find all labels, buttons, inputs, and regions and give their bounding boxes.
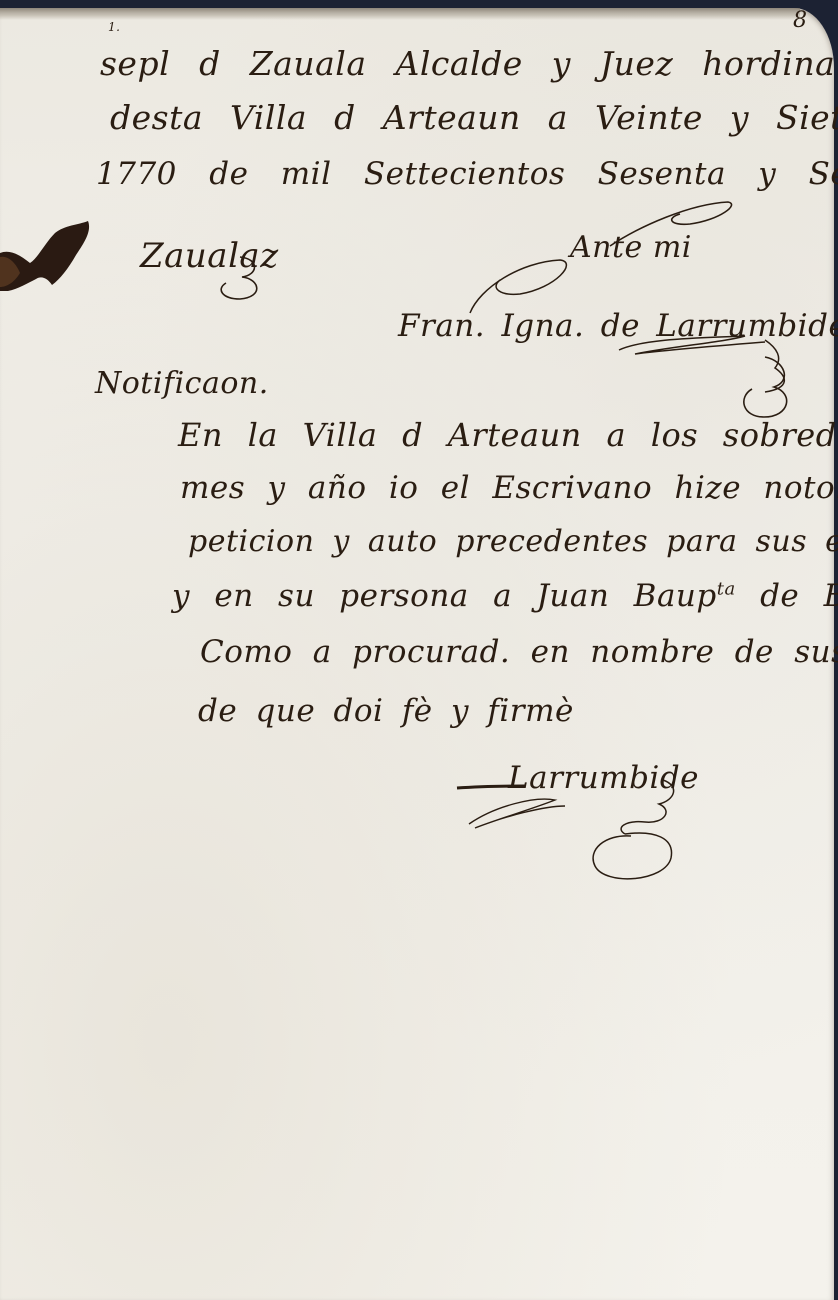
bottom-rubric-icon <box>585 778 695 898</box>
page-top-edge <box>0 8 800 20</box>
notification-line-2: mes y año io el Escrivano hize notorio l… <box>180 470 838 506</box>
line4-main: y en su persona a Juan Baup <box>172 578 717 614</box>
notification-line-6: de que doi fè y firmè <box>198 693 574 729</box>
opening-line-1: sepl d Zauala Alcalde y Juez hordinario <box>100 44 838 83</box>
notification-heading: Notificaon. <box>95 366 269 401</box>
line4-superscript: ta <box>717 579 736 600</box>
manuscript-page: 8 1. sepl d Zauala Alcalde y Juez hordin… <box>0 8 834 1300</box>
signature-flourish-icon <box>200 253 280 303</box>
signature-underline-icon <box>455 776 575 836</box>
notification-line-3: peticion y auto precedentes para sus efe… <box>188 524 838 559</box>
opening-line-2: desta Villa d Arteaun a Veinte y Siete d… <box>110 98 838 137</box>
notification-line-1: En la Villa d Arteaun a los sobredhos di… <box>178 416 838 454</box>
opening-line-3: 1770 de mil Settecientos Sesenta y Seis- <box>96 156 838 192</box>
folio-number: 8 <box>793 8 808 33</box>
torn-hole <box>0 213 95 298</box>
notification-line-4: y en su persona a Juan Baupta de Berridi <box>172 578 838 614</box>
rubric-loop-icon <box>730 353 800 423</box>
line4-tail: de Berridi <box>760 578 838 614</box>
ante-mi-flourish-icon <box>600 196 740 256</box>
notification-line-5: Como a procurad. en nombre de sus partes <box>200 634 838 670</box>
corner-mark: 1. <box>108 20 120 34</box>
